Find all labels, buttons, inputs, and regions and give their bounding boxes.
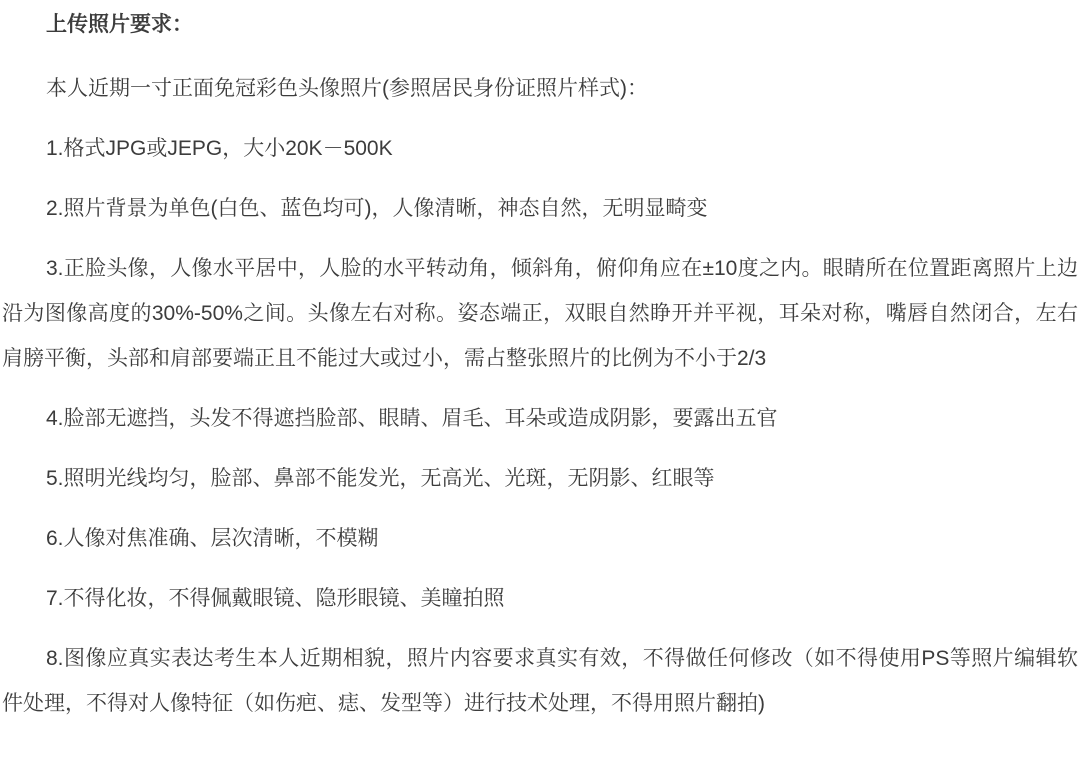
requirement-item-3: 3.正脸头像，人像水平居中，人脸的水平转动角，倾斜角，俯仰角应在±10度之内。眼… [2,246,1078,381]
intro-paragraph: 本人近期一寸正面免冠彩色头像照片(参照居民身份证照片样式)： [2,66,1078,111]
requirement-item-6: 6.人像对焦准确、层次清晰，不模糊 [2,516,1078,561]
requirement-item-7: 7.不得化妆，不得佩戴眼镜、隐形眼镜、美瞳拍照 [2,576,1078,621]
requirement-item-1: 1.格式JPG或JEPG，大小20K－500K [2,126,1078,171]
document-title: 上传照片要求： [2,2,1078,47]
requirement-item-2: 2.照片背景为单色(白色、蓝色均可)，人像清晰，神态自然，无明显畸变 [2,186,1078,231]
requirement-item-4: 4.脸部无遮挡，头发不得遮挡脸部、眼睛、眉毛、耳朵或造成阴影，要露出五官 [2,396,1078,441]
requirement-item-8: 8.图像应真实表达考生本人近期相貌，照片内容要求真实有效，不得做任何修改（如不得… [2,636,1078,726]
photo-requirements-document: 上传照片要求： 本人近期一寸正面免冠彩色头像照片(参照居民身份证照片样式)： 1… [0,0,1080,771]
requirement-item-5: 5.照明光线均匀，脸部、鼻部不能发光，无高光、光斑，无阴影、红眼等 [2,456,1078,501]
